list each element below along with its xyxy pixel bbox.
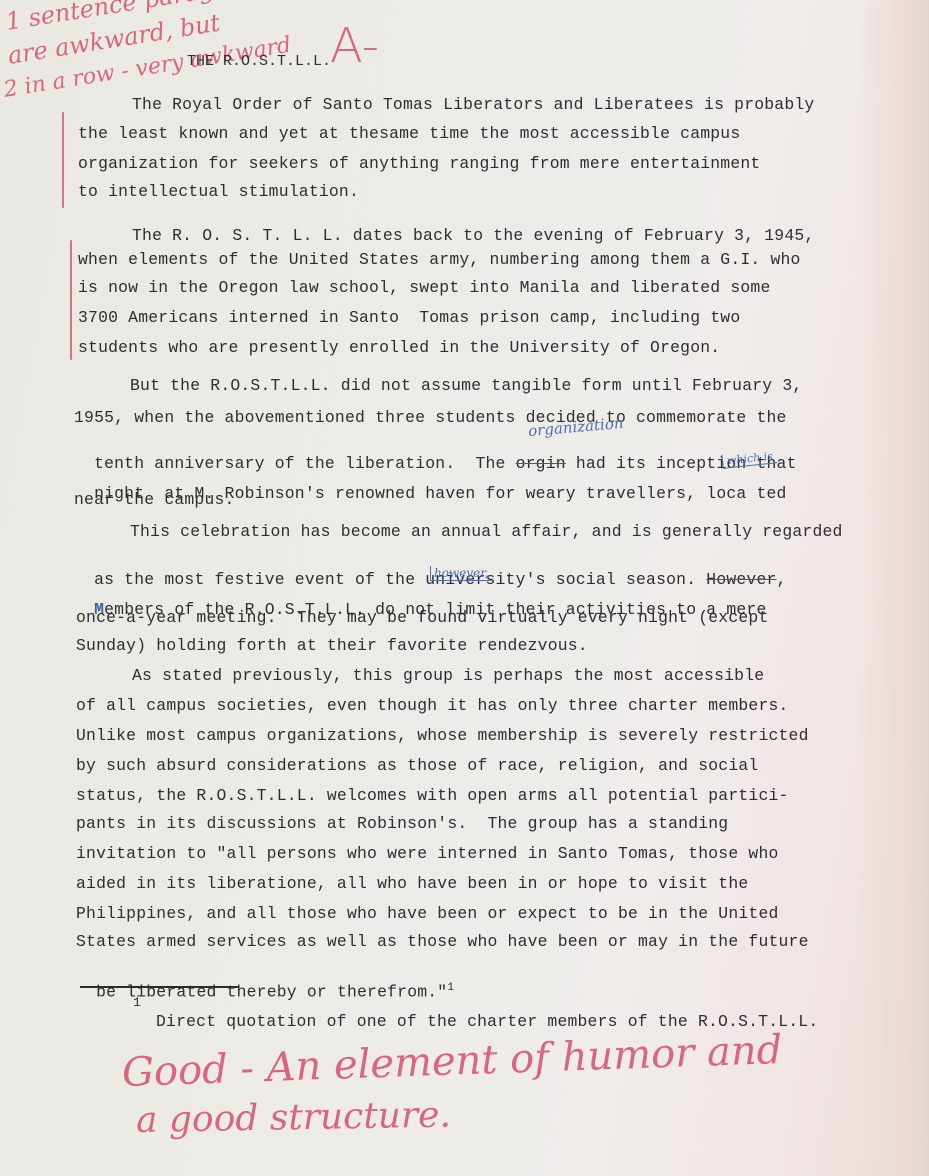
paper-edge [859,0,929,1176]
footnote-reference: 1 [447,982,454,994]
closing-comment-line-1: Good - An element of humor and [121,1027,783,1096]
para4-line2-end: , [777,570,787,589]
para5-line1: As stated previously, this group is perh… [132,666,764,686]
document-title: THE R.O.S.T.L.L. [187,52,331,72]
para2-line4: 3700 Americans interned in Santo Tomas p… [78,308,740,328]
margin-bar-2 [70,240,72,360]
para3-line5: near the campus. [74,490,235,510]
para2-line3: is now in the Oregon law school, swept i… [78,278,770,298]
para5-line10: States armed services as well as those w… [76,932,809,952]
para2-line2: when elements of the United States army,… [78,250,801,270]
para5-line8: aided in its liberatione, all who have b… [76,874,748,894]
para1-line1: The Royal Order of Santo Tomas Liberator… [132,95,814,115]
para5-line9: Philippines, and all those who have been… [76,904,779,924]
footnote-separator [80,986,238,988]
para4-line5: Sunday) holding forth at their favorite … [76,636,588,656]
para3-line4-end: loca ted [706,484,786,503]
para1-line2: the least known and yet at thesame time … [78,124,740,144]
para5-line6: pants in its discussions at Robinson's. … [76,814,728,834]
para5-line4: by such absurd considerations as those o… [76,756,758,776]
para1-line4: to intellectual stimulation. [78,182,359,202]
footnote-marker: 1 [133,993,141,1013]
para5-line5: status, the R.O.S.T.L.L. welcomes with o… [76,786,789,806]
para2-line1: The R. O. S. T. L. L. dates back to the … [132,226,814,246]
para5-line3: Unlike most campus organizations, whose … [76,726,809,746]
para4-line4: once-a-year meeting. They may be found v… [76,608,768,628]
para3-line1: But the R.O.S.T.L.L. did not assume tang… [130,376,802,396]
para4-line1: This celebration has become an annual af… [130,522,843,542]
insert-however: however, [430,566,491,581]
para1-line3: organization for seekers of anything ran… [78,154,760,174]
closing-comment-line-2: a good structure. [136,1095,452,1141]
para5-line7: invitation to "all persons who were inte… [76,844,779,864]
para3-line2: 1955, when the abovementioned three stud… [74,408,787,428]
para2-line5: students who are presently enrolled in t… [78,338,720,358]
grade-mark: A- [330,18,379,74]
margin-bar-1 [62,112,64,208]
para5-line2: of all campus societies, even though it … [76,696,789,716]
